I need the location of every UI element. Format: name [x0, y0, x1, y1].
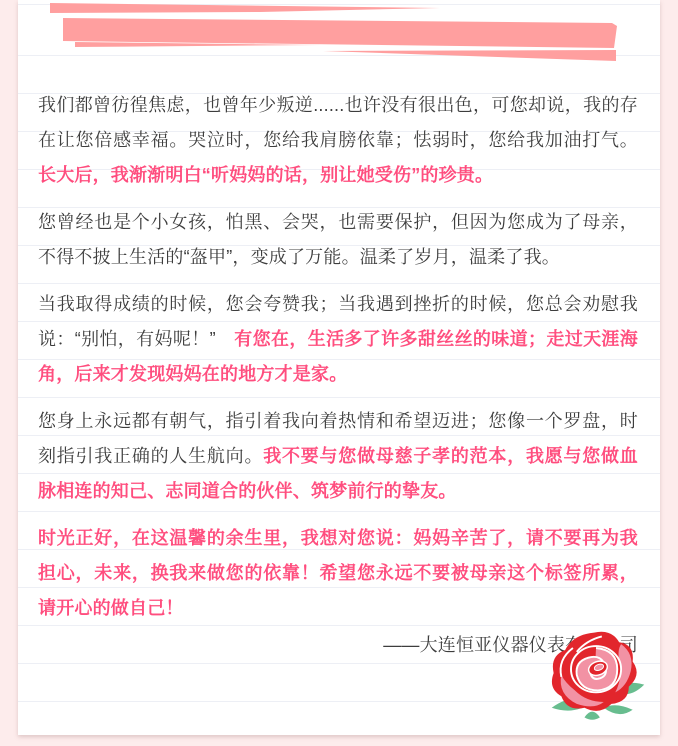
letter-content: 我们都曾彷徨焦虑，也曾年少叛逆......也许没有很出色，可您却说，我的存在让您… — [18, 0, 660, 663]
letter-paragraph-5: 时光正好，在这温馨的余生里，我想对您说：妈妈辛苦了，请不要再为我担心，未来，换我… — [38, 521, 638, 626]
text-segment: 我们都曾彷徨焦虑，也曾年少叛逆......也许没有很出色，可您却说，我的存在让您… — [38, 95, 638, 150]
highlight-segment: 长大后，我渐渐明白“听妈妈的话，别让她受伤”的珍贵。 — [38, 165, 493, 185]
text-segment: 您曾经也是个小女孩，怕黑、会哭，也需要保护，但因为您成为了母亲，不得不披上生活的… — [38, 212, 638, 267]
rose-leaf-bottom — [584, 712, 599, 720]
highlight-segment: 时光正好，在这温馨的余生里，我想对您说：妈妈辛苦了，请不要再为我担心，未来，换我… — [38, 528, 638, 618]
letter-paragraph-3: 当我取得成绩的时候，您会夸赞我；当我遇到挫折的时候，您总会劝慰我说：“别怕，有妈… — [38, 287, 638, 392]
letter-paragraph-2: 您曾经也是个小女孩，怕黑、会哭，也需要保护，但因为您成为了母亲，不得不披上生活的… — [38, 205, 638, 275]
letter-paragraph-4: 您身上永远都有朝气，指引着我向着热情和希望迈进；您像一个罗盘，时刻指引我正确的人… — [38, 404, 638, 509]
page: 我们都曾彷徨焦虑，也曾年少叛逆......也许没有很出色，可您却说，我的存在让您… — [0, 0, 678, 746]
rose-icon — [544, 626, 650, 724]
letter-paragraph-1: 我们都曾彷徨焦虑，也曾年少叛逆......也许没有很出色，可您却说，我的存在让您… — [38, 88, 638, 193]
letter-card: 我们都曾彷徨焦虑，也曾年少叛逆......也许没有很出色，可您却说，我的存在让您… — [18, 0, 660, 735]
